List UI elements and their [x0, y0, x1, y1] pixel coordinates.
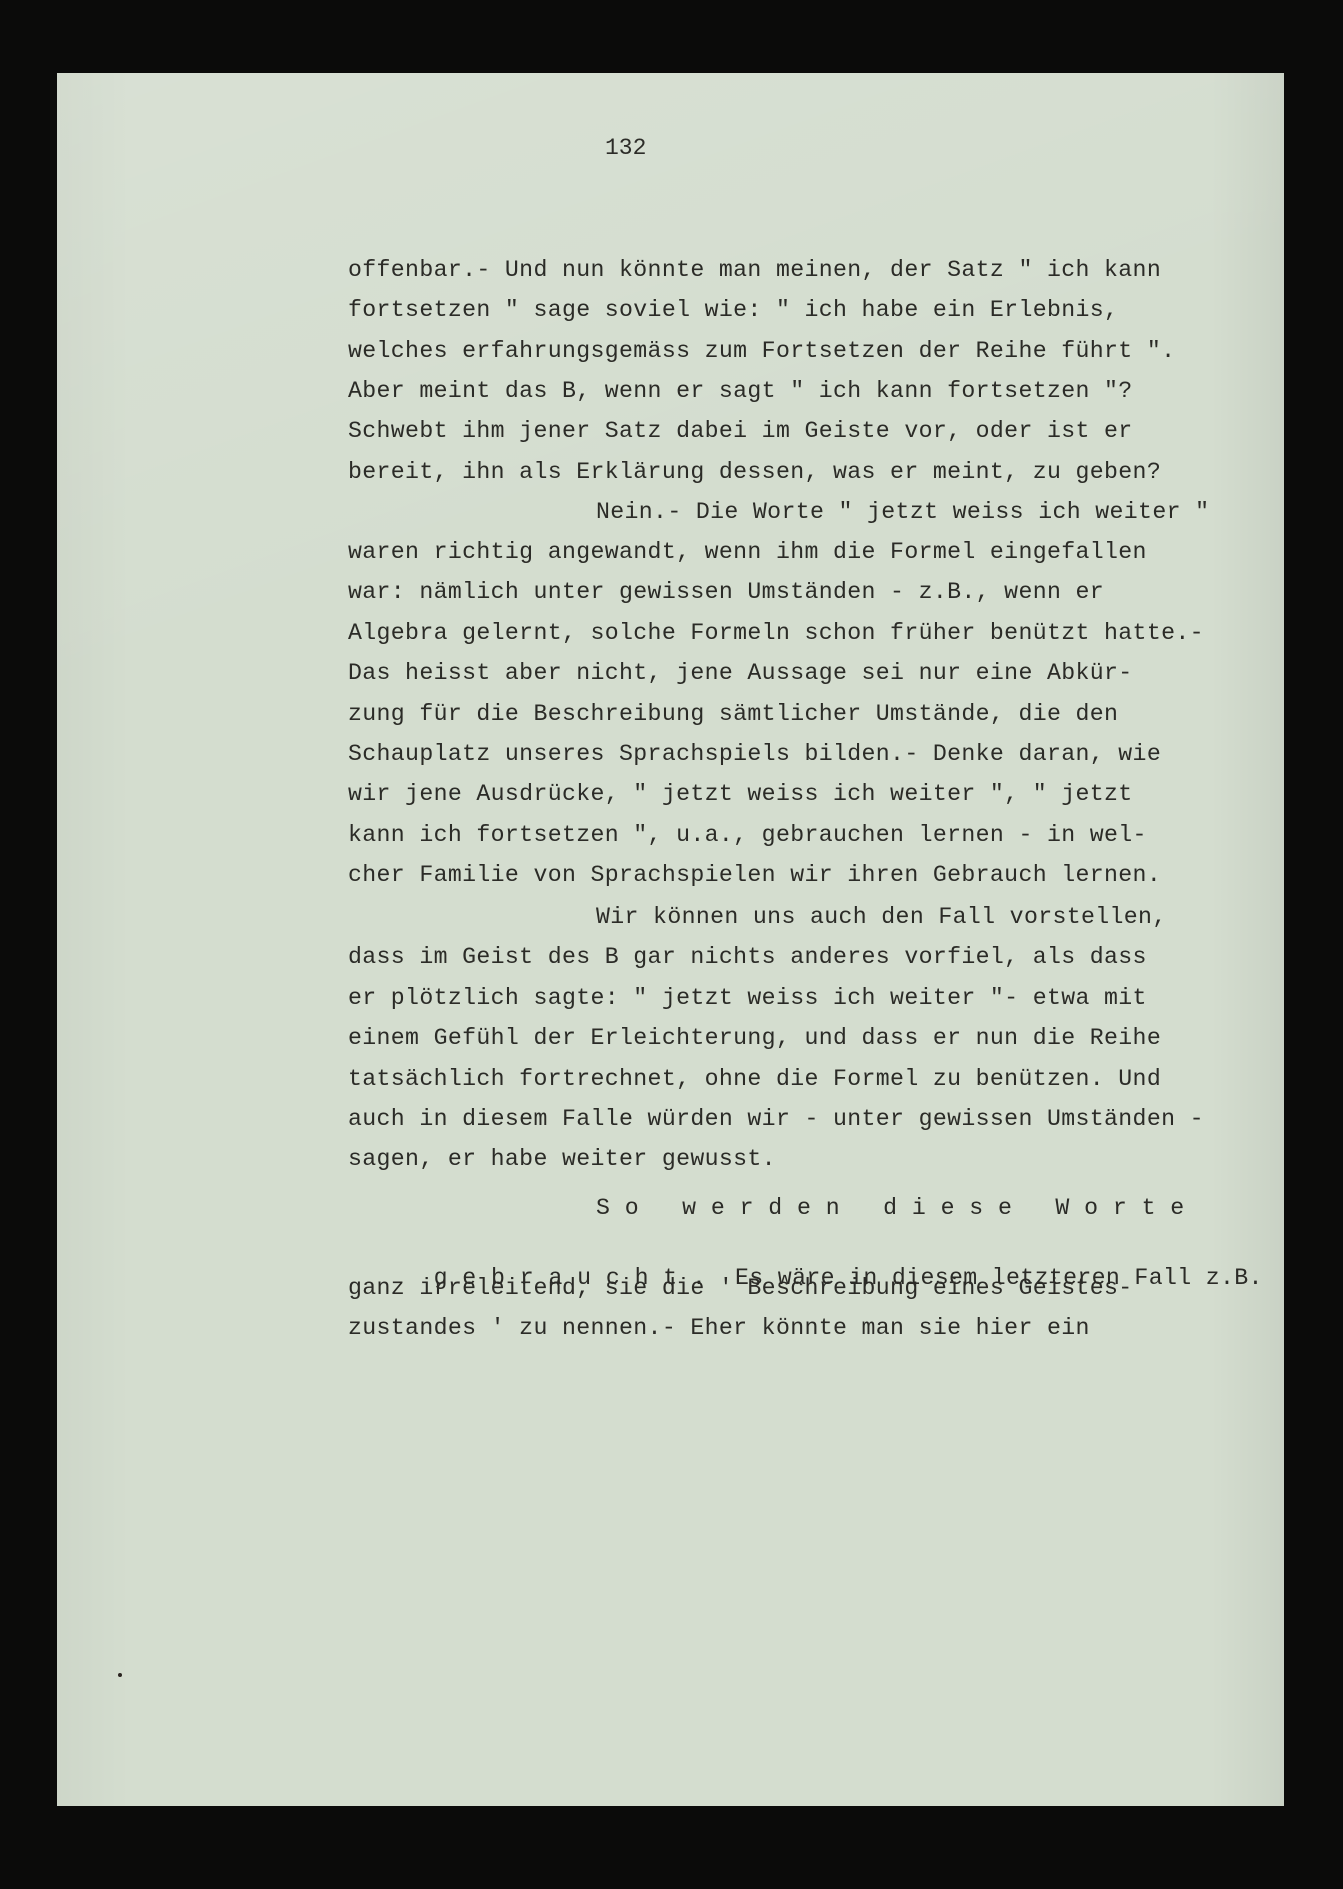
- text-line: dass im Geist des B gar nichts anderes v…: [348, 942, 1147, 972]
- text-line: Das heisst aber nicht, jene Aussage sei …: [348, 658, 1133, 688]
- text-line: cher Familie von Sprachspielen wir ihren…: [348, 860, 1161, 890]
- text-line: auch in diesem Falle würden wir - unter …: [348, 1104, 1204, 1134]
- text-line: einem Gefühl der Erleichterung, und dass…: [348, 1023, 1161, 1053]
- text-line: sagen, er habe weiter gewusst.: [348, 1144, 776, 1174]
- text-line: zung für die Beschreibung sämtlicher Ums…: [348, 699, 1118, 729]
- text-line: Aber meint das B, wenn er sagt " ich kan…: [348, 376, 1133, 406]
- text-line: welches erfahrungsgemäss zum Fortsetzen …: [348, 336, 1175, 366]
- text-line: er plötzlich sagte: " jetzt weiss ich we…: [348, 983, 1147, 1013]
- text-line-indented: Nein.- Die Worte " jetzt weiss ich weite…: [596, 497, 1209, 527]
- text-line: zustandes ' zu nennen.- Eher könnte man …: [348, 1313, 1090, 1343]
- text-line: kann ich fortsetzen ", u.a., gebrauchen …: [348, 820, 1147, 850]
- text-line: offenbar.- Und nun könnte man meinen, de…: [348, 255, 1161, 285]
- paper-speck: [118, 1673, 122, 1677]
- page-number: 132: [605, 135, 646, 161]
- text-line: bereit, ihn als Erklärung dessen, was er…: [348, 457, 1161, 487]
- text-line: Algebra gelernt, solche Formeln schon fr…: [348, 618, 1204, 648]
- text-line: waren richtig angewandt, wenn ihm die Fo…: [348, 537, 1147, 567]
- text-line: Schwebt ihm jener Satz dabei im Geiste v…: [348, 416, 1133, 446]
- typewritten-page: 132 offenbar.- Und nun könnte man meinen…: [57, 73, 1284, 1806]
- text-line: ganz irreleitend, sie die ' Beschreibung…: [348, 1273, 1133, 1303]
- text-line: fortsetzen " sage soviel wie: " ich habe…: [348, 295, 1118, 325]
- text-line-indented: Wir können uns auch den Fall vorstellen,: [596, 902, 1167, 932]
- text-line-spaced-emphasis: So werden diese Worte: [596, 1193, 1199, 1223]
- text-line: Schauplatz unseres Sprachspiels bilden.-…: [348, 739, 1161, 769]
- text-line: wir jene Ausdrücke, " jetzt weiss ich we…: [348, 779, 1133, 809]
- text-line: war: nämlich unter gewissen Umständen - …: [348, 577, 1104, 607]
- text-line: tatsächlich fortrechnet, ohne die Formel…: [348, 1064, 1161, 1094]
